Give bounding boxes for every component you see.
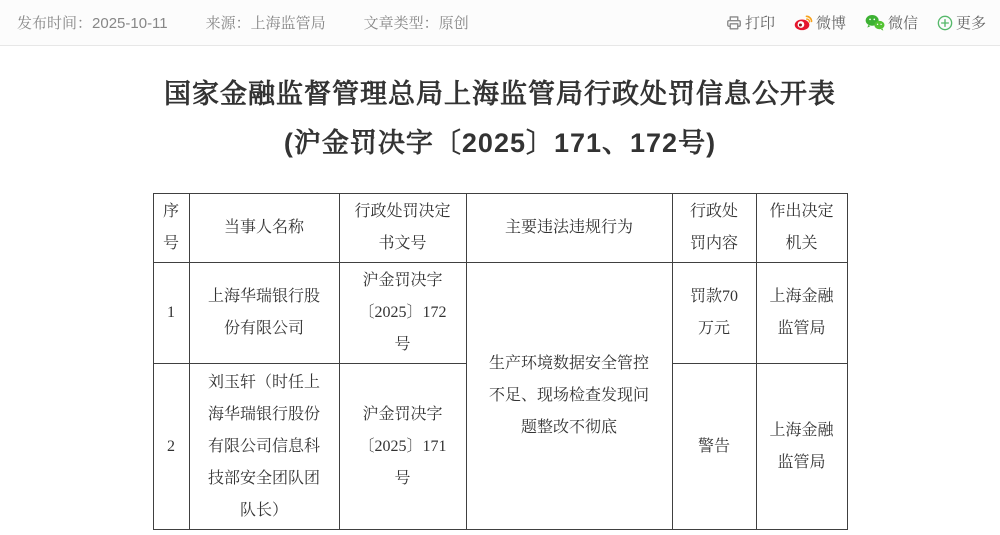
printer-icon (726, 15, 742, 30)
publish-date: 发布时间：2025-10-11 (17, 12, 168, 33)
col-header-decision-doc: 行政处罚决定书文号 (339, 194, 466, 263)
article-source-label: 来源： (206, 15, 251, 32)
penalty-table: 序号 当事人名称 行政处罚决定书文号 主要违法违规行为 行政处罚内容 作出决定机… (153, 193, 848, 530)
table-header-row: 序号 当事人名称 行政处罚决定书文号 主要违法违规行为 行政处罚内容 作出决定机… (153, 194, 847, 263)
article-meta-bar: 发布时间：2025-10-11 来源：上海监管局 文章类型：原创 打印 (0, 0, 1000, 46)
col-header-violation: 主要违法违规行为 (466, 194, 672, 263)
article-type: 文章类型：原创 (364, 12, 469, 33)
article-source-value: 上海监管局 (251, 15, 326, 32)
cell-authority: 上海金融监管局 (756, 263, 847, 364)
article-meta-info: 发布时间：2025-10-11 来源：上海监管局 文章类型：原创 (17, 12, 469, 33)
publish-date-label: 发布时间： (17, 15, 92, 32)
print-button[interactable]: 打印 (726, 12, 775, 33)
more-label: 更多 (956, 12, 986, 33)
more-share-button[interactable]: 更多 (937, 12, 986, 33)
article-source: 来源：上海监管局 (206, 12, 326, 33)
cell-party-name: 刘玉轩（时任上海华瑞银行股份有限公司信息科技部安全团队团队长） (189, 364, 339, 530)
col-header-party: 当事人名称 (189, 194, 339, 263)
col-header-index: 序号 (153, 194, 189, 263)
page-title: 国家金融监督管理总局上海监管局行政处罚信息公开表 (沪金罚决字〔2025〕171… (0, 70, 1000, 168)
wechat-share-button[interactable]: 微信 (865, 12, 918, 33)
page-title-line2: (沪金罚决字〔2025〕171、172号) (0, 119, 1000, 168)
weibo-label: 微博 (816, 12, 846, 33)
cell-authority: 上海金融监管局 (756, 364, 847, 530)
wechat-icon (865, 14, 885, 31)
publish-date-value: 2025-10-11 (92, 15, 168, 32)
cell-violation-merged: 生产环境数据安全管控不足、现场检查发现问题整改不彻底 (466, 263, 672, 530)
cell-decision-doc-no: 沪金罚决字〔2025〕172号 (339, 263, 466, 364)
table-row: 1 上海华瑞银行股份有限公司 沪金罚决字〔2025〕172号 生产环境数据安全管… (153, 263, 847, 364)
plus-circle-icon (937, 15, 953, 31)
col-header-penalty: 行政处罚内容 (672, 194, 756, 263)
cell-penalty: 罚款70万元 (672, 263, 756, 364)
print-label: 打印 (745, 12, 775, 33)
article-type-label: 文章类型： (364, 15, 439, 32)
weibo-share-button[interactable]: 微博 (794, 12, 846, 33)
cell-index: 2 (153, 364, 189, 530)
page-title-line1: 国家金融监督管理总局上海监管局行政处罚信息公开表 (0, 70, 1000, 119)
col-header-authority: 作出决定机关 (756, 194, 847, 263)
share-actions: 打印 微博 (726, 12, 986, 33)
cell-penalty: 警告 (672, 364, 756, 530)
cell-party-name: 上海华瑞银行股份有限公司 (189, 263, 339, 364)
cell-decision-doc-no: 沪金罚决字〔2025〕171号 (339, 364, 466, 530)
wechat-label: 微信 (888, 12, 918, 33)
weibo-icon (794, 14, 813, 31)
article-type-value: 原创 (439, 15, 469, 32)
cell-index: 1 (153, 263, 189, 364)
